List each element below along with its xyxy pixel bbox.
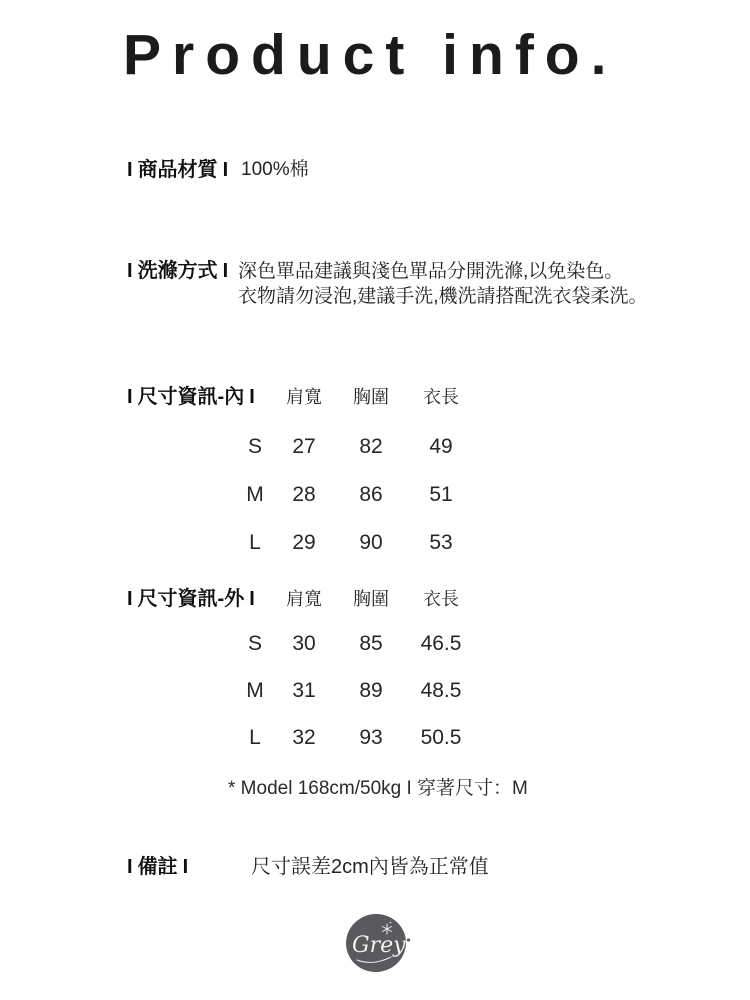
size-cell: 27	[276, 436, 332, 458]
size-cell: 53	[410, 532, 472, 554]
material-label-text: 商品材質	[138, 159, 218, 181]
label-bar: I	[127, 159, 133, 181]
size-outer-label-text: 尺寸資訊-外	[138, 588, 245, 610]
size-inner-label-text: 尺寸資訊-內	[138, 386, 245, 408]
material-label: I 商品材質 I	[127, 159, 228, 181]
col-header-bust: 胸圍	[332, 386, 410, 408]
size-cell: 51	[410, 484, 472, 506]
remark-text: 尺寸誤差2cm內皆為正常值	[251, 856, 489, 878]
table-row: L 29 90 53	[234, 532, 472, 554]
label-bar: I	[127, 260, 133, 282]
table-row: S 30 85 46.5	[234, 633, 472, 655]
size-cell: 86	[332, 484, 410, 506]
label-bar: I	[127, 856, 133, 878]
table-row: M 31 89 48.5	[234, 680, 472, 702]
label-bar: I	[223, 260, 229, 282]
material-value: 100%棉	[241, 159, 309, 181]
size-cell: 29	[276, 532, 332, 554]
col-header-shoulder: 肩寬	[276, 588, 332, 610]
col-header-bust: 胸圍	[332, 588, 410, 610]
logo-script-text: Grey	[352, 933, 406, 958]
washing-label-text: 洗滌方式	[138, 260, 218, 282]
size-cell: 50.5	[410, 727, 472, 749]
remark-label-text: 備註	[138, 856, 178, 878]
size-letter: S	[234, 436, 276, 458]
size-letter: M	[234, 680, 276, 702]
size-cell: 48.5	[410, 680, 472, 702]
size-letter: L	[234, 727, 276, 749]
table-header-row: 肩寬 胸圍 衣長	[234, 386, 472, 408]
label-bar: I	[127, 386, 133, 408]
table-row: L 32 93 50.5	[234, 727, 472, 749]
size-letter: L	[234, 532, 276, 554]
washing-line-2: 衣物請勿浸泡,建議手洗,機洗請搭配洗衣袋柔洗。	[238, 284, 648, 309]
header-spacer	[234, 386, 276, 408]
washing-instructions: 深色單品建議與淺色單品分開洗滌,以免染色。 衣物請勿浸泡,建議手洗,機洗請搭配洗…	[238, 259, 648, 309]
washing-line-1: 深色單品建議與淺色單品分開洗滌,以免染色。	[238, 259, 648, 284]
col-header-length: 衣長	[410, 588, 472, 610]
size-cell: 28	[276, 484, 332, 506]
size-cell: 31	[276, 680, 332, 702]
size-cell: 46.5	[410, 633, 472, 655]
product-info-page: Product info. I 商品材質 I 100%棉 I 洗滌方式 I 深色…	[0, 0, 750, 1000]
model-size-note: * Model 168cm/50kg I 穿著尺寸：M	[228, 778, 528, 800]
logo-dot	[407, 938, 410, 941]
page-title: Product info.	[123, 22, 617, 88]
size-cell: 32	[276, 727, 332, 749]
size-cell: 85	[332, 633, 410, 655]
label-bar: I	[223, 159, 229, 181]
washing-label: I 洗滌方式 I	[127, 260, 228, 282]
size-letter: S	[234, 633, 276, 655]
table-row: M 28 86 51	[234, 484, 472, 506]
table-header-row: 肩寬 胸圍 衣長	[234, 588, 472, 610]
col-header-length: 衣長	[410, 386, 472, 408]
label-bar: I	[127, 588, 133, 610]
header-spacer	[234, 588, 276, 610]
grey-brand-logo: Grey	[345, 910, 413, 978]
col-header-shoulder: 肩寬	[276, 386, 332, 408]
size-cell: 82	[332, 436, 410, 458]
size-letter: M	[234, 484, 276, 506]
label-bar: I	[183, 856, 189, 878]
size-cell: 93	[332, 727, 410, 749]
size-cell: 30	[276, 633, 332, 655]
size-cell: 89	[332, 680, 410, 702]
size-cell: 90	[332, 532, 410, 554]
size-cell: 49	[410, 436, 472, 458]
remark-label: I 備註 I	[127, 856, 188, 878]
table-row: S 27 82 49	[234, 436, 472, 458]
